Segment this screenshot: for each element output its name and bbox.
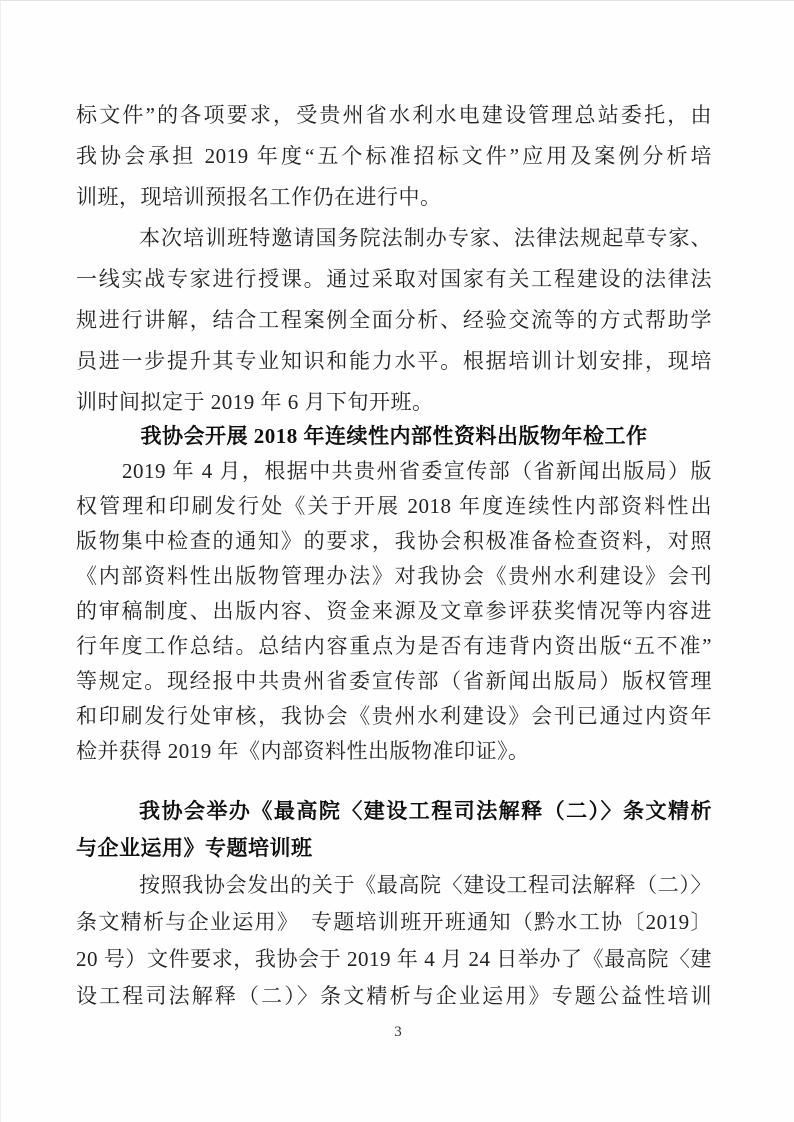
document-page: 标文件”的各项要求，受贵州省水利水电建设管理总站委托，由我协会承担 2019 年… [0, 0, 794, 1122]
text-line: 检并获得 2019 年《内部资料性出版物准印证》。 [76, 734, 712, 769]
text-line: 一线实战专家进行授课。通过采取对国家有关工程建设的法律法 [76, 259, 712, 300]
text-line: 员进一步提升其专业知识和能力水平。根据培训计划安排，现培 [76, 341, 712, 382]
document-body: 标文件”的各项要求，受贵州省水利水电建设管理总站委托，由我协会承担 2019 年… [76, 95, 712, 1015]
text-line: 按照我协会发出的关于《最高院〈建设工程司法解释（二）〉 [76, 867, 712, 904]
text-line: 20 号）文件要求，我协会于 2019 年 4 月 24 日举办了《最高院〈建 [76, 941, 712, 978]
para-annual-inspection: 2019 年 4 月，根据中共贵州省委宣传部（省新闻出版局）版权管理和印刷发行处… [76, 454, 712, 769]
para-bidding-training: 标文件”的各项要求，受贵州省水利水电建设管理总站委托，由我协会承担 2019 年… [76, 95, 712, 218]
text-line: 与企业运用》专题培训班 [76, 830, 712, 867]
text-line: 我协会举办《最高院〈建设工程司法解释（二）〉条文精析 [76, 793, 712, 830]
text-line: 2019 年 4 月，根据中共贵州省委宣传部（省新闻出版局）版 [76, 454, 712, 489]
text-line: 我协会承担 2019 年度“五个标准招标文件”应用及案例分析培 [76, 136, 712, 177]
page-footer: 3 [1, 1023, 794, 1041]
heading-judicial-training: 我协会举办《最高院〈建设工程司法解释（二）〉条文精析与企业运用》专题培训班 [76, 793, 712, 867]
heading-annual-inspection: 我协会开展 2018 年连续性内部性资料出版物年检工作 [76, 418, 712, 454]
text-line: 训时间拟定于 2019 年 6 月下旬开班。 [76, 382, 712, 423]
text-line: 设工程司法解释（二）〉条文精析与企业运用》专题公益性培训 [76, 978, 712, 1015]
text-line: 本次培训班特邀请国务院法制办专家、法律法规起草专家、 [76, 218, 712, 259]
text-line: 和印刷发行处审核，我协会《贵州水利建设》会刊已通过内资年 [76, 699, 712, 734]
text-line: 的审稿制度、出版内容、资金来源及文章参评获奖情况等内容进 [76, 594, 712, 629]
text-line: 规进行讲解，结合工程案例全面分析、经验交流等的方式帮助学 [76, 300, 712, 341]
text-line: 训班，现培训预报名工作仍在进行中。 [76, 177, 712, 218]
text-line: 等规定。现经报中共贵州省委宣传部（省新闻出版局）版权管理 [76, 664, 712, 699]
text-line: 标文件”的各项要求，受贵州省水利水电建设管理总站委托，由 [76, 95, 712, 136]
text-line: 权管理和印刷发行处《关于开展 2018 年度连续性内部资料性出 [76, 489, 712, 524]
text-line: 我协会开展 2018 年连续性内部性资料出版物年检工作 [76, 418, 712, 454]
para-judicial-training: 按照我协会发出的关于《最高院〈建设工程司法解释（二）〉条文精析与企业运用》 专题… [76, 867, 712, 1015]
text-line: 行年度工作总结。总结内容重点为是否有违背内资出版“五不准” [76, 629, 712, 664]
page-number: 3 [394, 1024, 402, 1040]
text-line: 版物集中检查的通知》的要求，我协会积极准备检查资料，对照 [76, 524, 712, 559]
text-line: 条文精析与企业运用》 专题培训班开班通知（黔水工协〔2019〕 [76, 904, 712, 941]
para-training-experts: 本次培训班特邀请国务院法制办专家、法律法规起草专家、一线实战专家进行授课。通过采… [76, 218, 712, 423]
text-line: 《内部资料性出版物管理办法》对我协会《贵州水利建设》会刊 [76, 559, 712, 594]
